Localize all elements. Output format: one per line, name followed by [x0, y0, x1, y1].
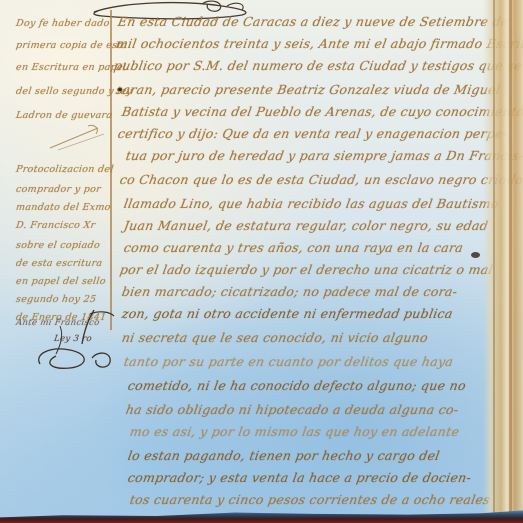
- margin-note-line: sobre el copiado: [15, 240, 101, 251]
- body-line: tua por juro de heredad y para siempre j…: [125, 148, 523, 163]
- body-line: publico por S.M. del numero de esta Ciud…: [113, 58, 523, 73]
- body-line: Batista y vecina del Pueblo de Arenas, d…: [121, 104, 523, 119]
- margin-note-line: primera copia de esta: [15, 40, 128, 51]
- body-line: zon, gota ni otro accidente ni enfermeda…: [121, 306, 454, 321]
- body-line: como cuarenta y tres años, con una raya …: [123, 240, 465, 255]
- margin-note-line: segundo hoy 25: [15, 294, 97, 305]
- ink-dot: [118, 88, 122, 91]
- body-line: comprador; y esta venta la hace a precio…: [127, 470, 473, 485]
- body-line: lo estan pagando, tienen por hecho y car…: [127, 448, 441, 463]
- body-line: certifico y dijo: Que da en venta real y…: [117, 126, 509, 141]
- body-line: bien marcado; cicatrizado; no padece mal…: [121, 284, 459, 299]
- margin-note-line: en papel del sello: [15, 276, 106, 287]
- body-line: tos cuarenta y cinco pesos corrientes de…: [129, 492, 492, 507]
- body-line: co Chacon que lo es de esta Ciudad, un e…: [119, 172, 523, 187]
- body-line: mil ochocientos treinta y seis, Ante mi …: [115, 36, 523, 51]
- body-line: cometido, ni le ha conocido defecto algu…: [127, 378, 468, 393]
- page-bottom-edge: [0, 509, 523, 523]
- margin-note-line: mandato del Exmo: [15, 202, 111, 213]
- body-line: tanto por su parte en cuanto por delitos…: [123, 354, 455, 369]
- body-line: ni secreta que le sea conocido, ni vicio…: [121, 330, 430, 345]
- manuscript-page: Doy fe haber dado primera copia de esta …: [0, 0, 523, 523]
- margin-flourish-icon: [48, 122, 108, 152]
- margin-note-line: Doy fe haber dado: [15, 18, 110, 29]
- margin-note-line: Ladron de guevara: [15, 110, 113, 121]
- margin-note-line: Protocolizacion del: [15, 164, 114, 175]
- rubric-signature-icon: [30, 306, 120, 376]
- body-line: llamado Lino, que habia recibido las agu…: [123, 196, 501, 211]
- body-line: Juan Manuel, de estatura regular, color …: [123, 218, 490, 233]
- margin-note-line: en Escritura en papel: [15, 62, 127, 73]
- margin-note-line: de esta escritura: [15, 258, 103, 269]
- body-line: mo es asi, y por lo mismo las que hoy en…: [129, 424, 461, 439]
- margin-note-line: comprador y por: [15, 184, 101, 195]
- body-line: En esta Ciudad de Caracas a diez y nueve…: [117, 14, 510, 29]
- body-line: ha sido obligado ni hipotecado a deuda a…: [125, 402, 460, 417]
- margin-note-line: D. Francisco Xr: [15, 220, 96, 231]
- body-line: saran, parecio presente Beatriz Gonzalez…: [115, 82, 502, 97]
- ink-blot: [471, 252, 480, 258]
- body-line: por el lado izquierdo y por el derecho u…: [119, 262, 495, 277]
- page-edge: [483, 0, 523, 523]
